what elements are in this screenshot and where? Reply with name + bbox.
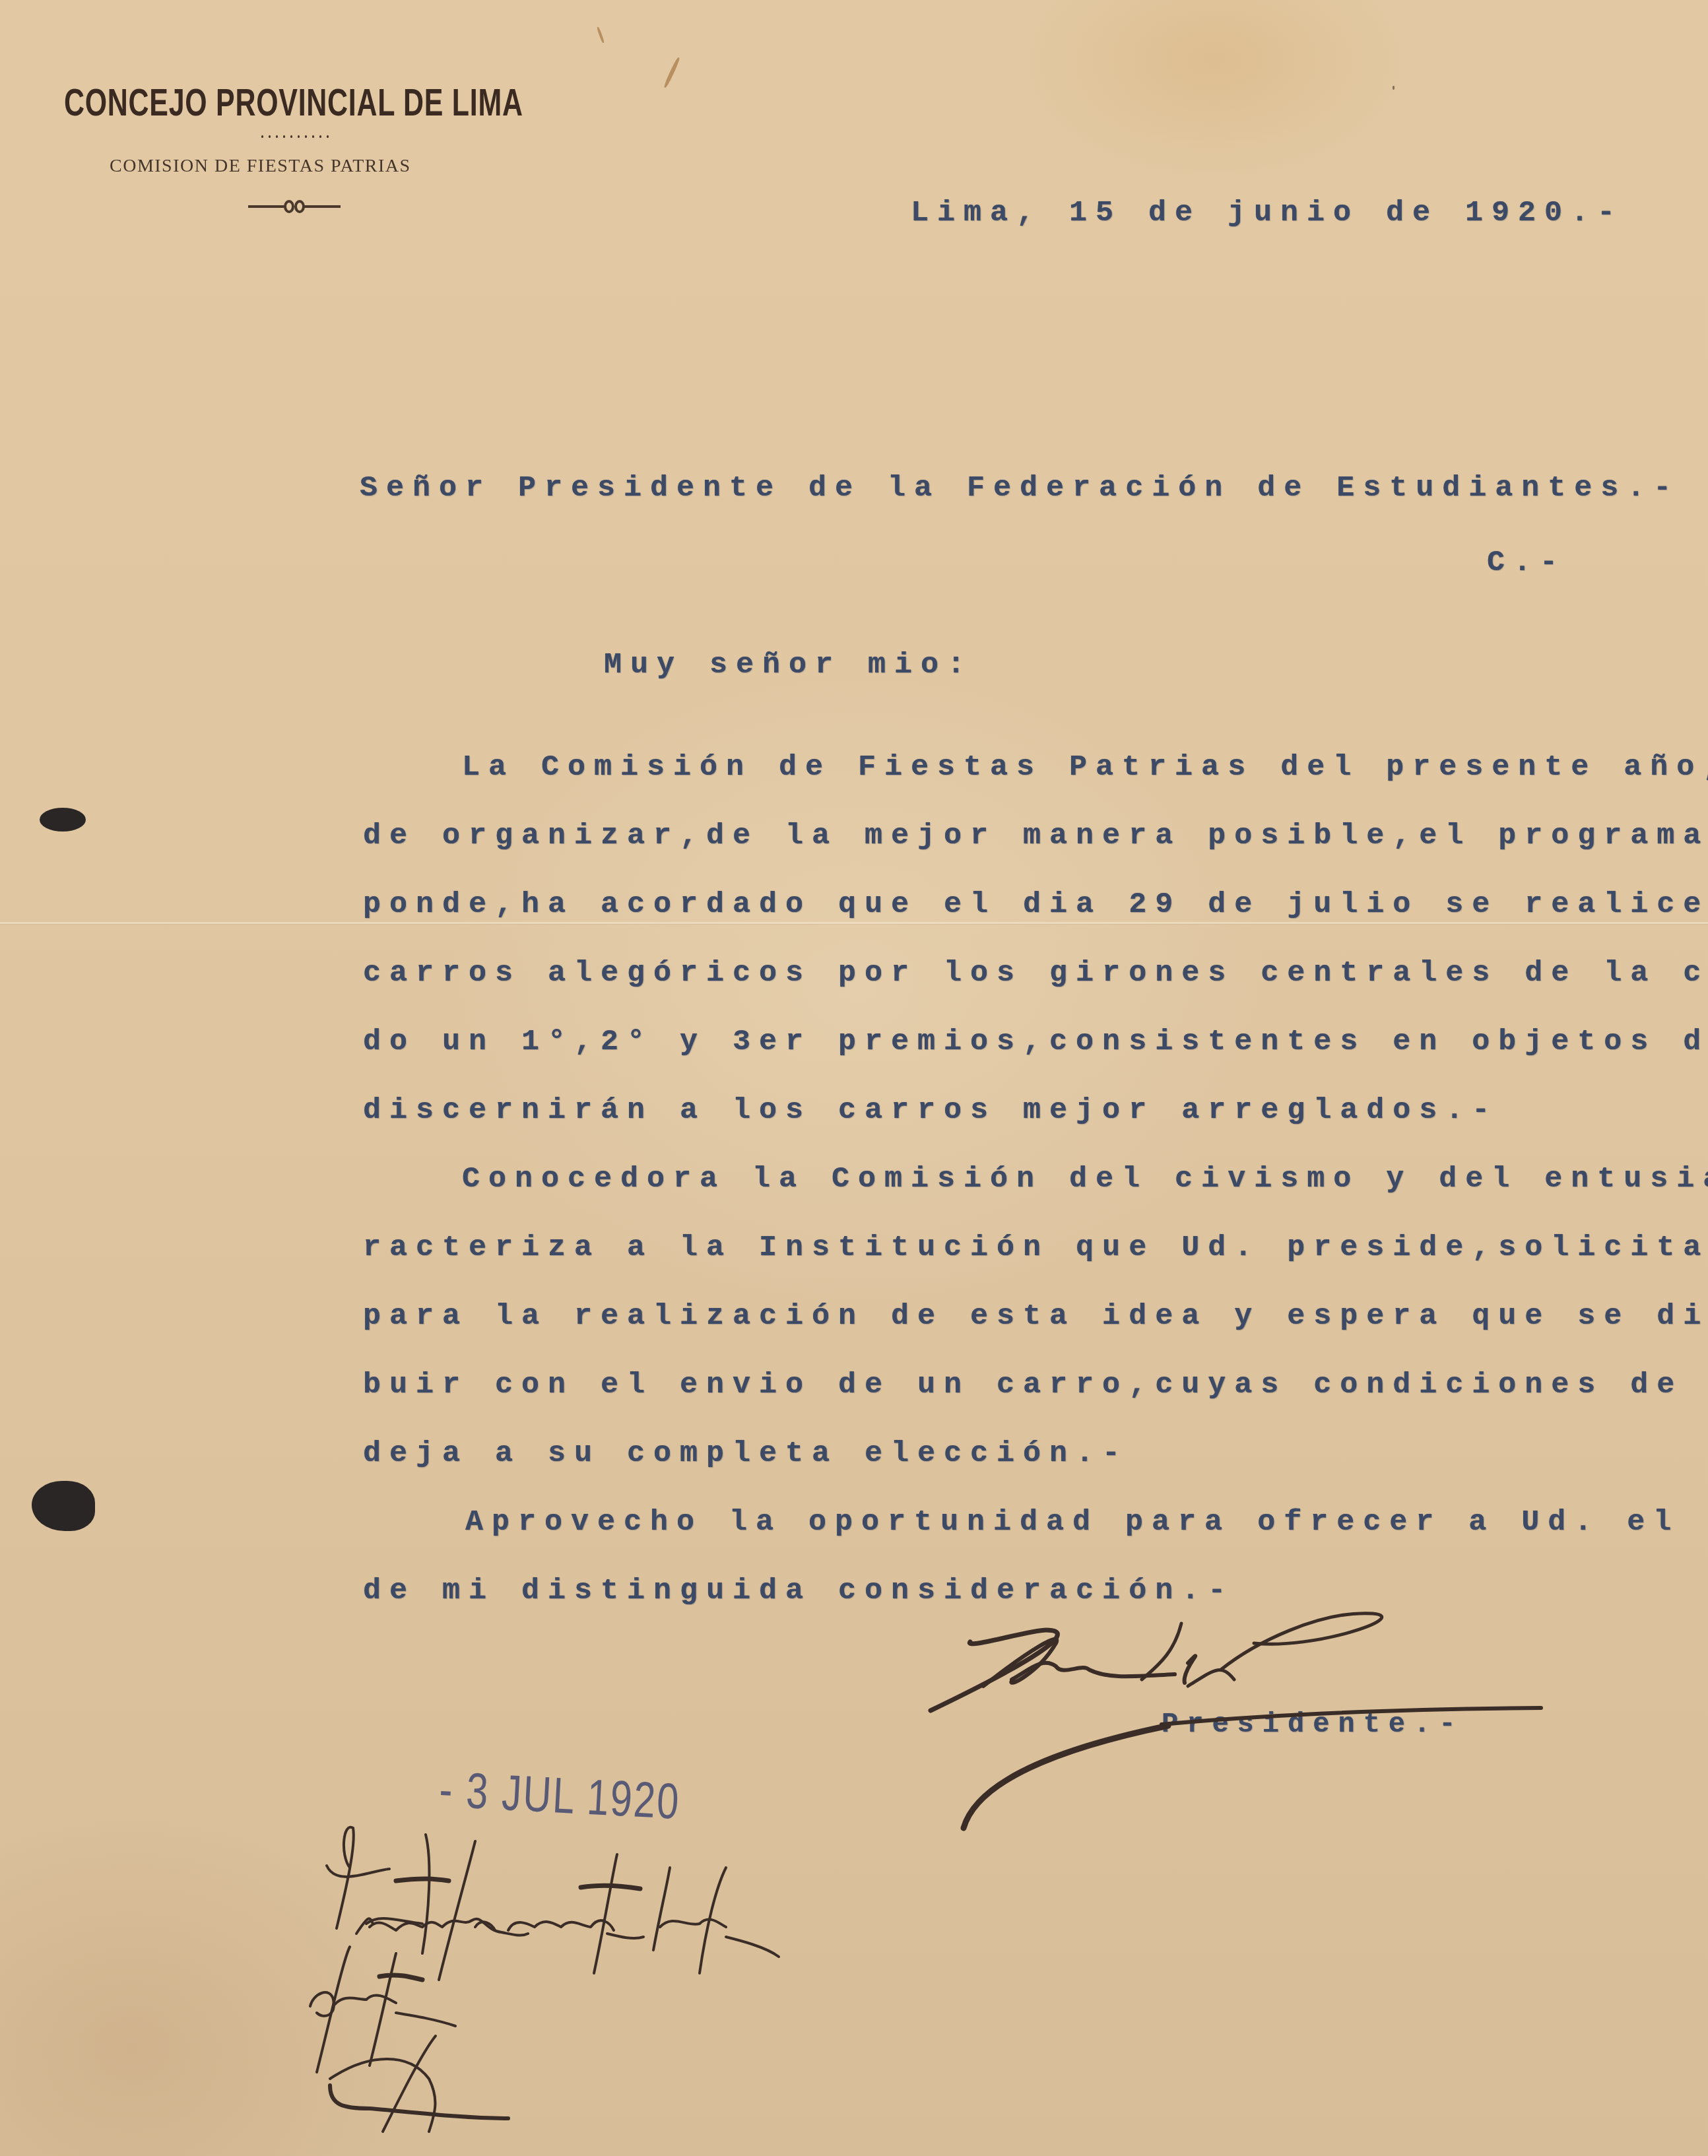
handwritten-note — [0, 0, 1708, 2156]
letter-page: CONCEJO PROVINCIAL DE LIMA COMISION DE F… — [0, 0, 1708, 2156]
